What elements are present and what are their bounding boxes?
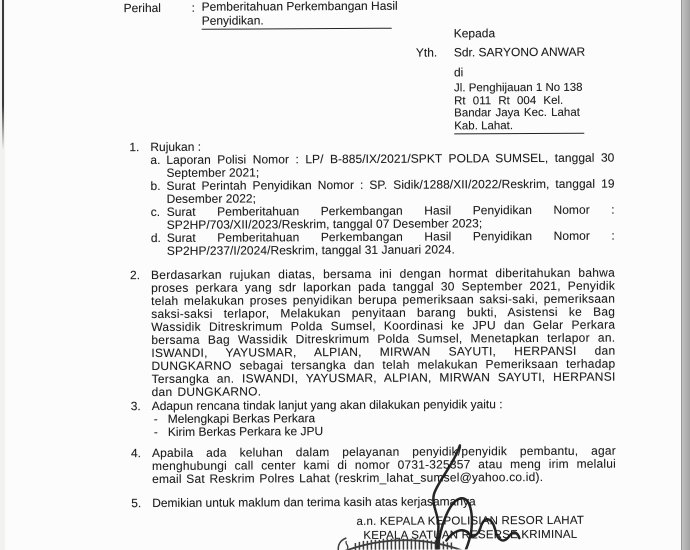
item-4-paragraph: Apabila ada keluhan dalam pelayanan peny… <box>152 445 616 486</box>
item-number: 2. <box>130 269 140 282</box>
perihal-line2: Penyidikan. <box>202 13 392 27</box>
scanned-letter-page: Perihal : Pemberitahuan Perkembangan Has… <box>0 0 690 550</box>
signatory-title-line1: a.n. KEPALA KEPOLISIAN RESOR LAHAT <box>345 515 595 530</box>
signature-block: a.n. KEPALA KEPOLISIAN RESOR LAHAT KEPAL… <box>345 515 595 543</box>
sub-item-letter: b. <box>151 180 161 193</box>
item-number: 1. <box>129 141 139 154</box>
address-line: Bandar Jaya Kec. Lahat <box>454 107 590 120</box>
list-item-2: 2. Berdasarkan rujukan diatas, bersama i… <box>130 267 616 400</box>
address-line: Jl. Penghijauan 1 No 138 <box>454 82 590 95</box>
item-5-paragraph: Demikian untuk maklum dan terima kasih a… <box>152 495 616 510</box>
perihal-value: Pemberitahuan Perkembangan Hasil Penyidi… <box>202 0 392 30</box>
recipient-yth: Yth. <box>416 46 437 60</box>
perihal-label: Perihal <box>124 1 161 15</box>
sub-item-a: a. Laporan Polisi Nomor : LP/ B-885/IX/2… <box>150 152 614 180</box>
scan-left-edge-line <box>2 0 4 150</box>
item-number: 4. <box>131 447 141 460</box>
sub-item-text: Surat Pemberitahuan Perkembangan Hasil P… <box>167 204 615 232</box>
sub-item-text: Surat Pemberitahuan Perkembangan Hasil P… <box>167 230 615 258</box>
dash-item: - Kirim Berkas Perkara ke JPU <box>152 424 616 439</box>
dash-item-text: Kirim Berkas Perkara ke JPU <box>168 424 323 439</box>
perihal-line1: Pemberitahuan Perkembangan Hasil <box>202 0 392 14</box>
recipient-kepada: Kepada <box>454 26 495 40</box>
perihal-colon: : <box>192 1 195 15</box>
item-number: 5. <box>131 497 141 510</box>
sub-item-b: b. Surat Perintah Penyidikan Nomor : SP.… <box>151 178 615 206</box>
dash-marker: - <box>154 426 158 439</box>
recipient-name: Sdr. SARYONO ANWAR <box>454 45 585 60</box>
list-item-3: 3. Adapun rencana tindak lanjut yang aka… <box>131 398 616 440</box>
item-2-paragraph: Berdasarkan rujukan diatas, bersama ini … <box>151 267 616 399</box>
item-number: 3. <box>131 400 141 413</box>
sub-item-letter: a. <box>150 154 160 167</box>
signatory-title-line2: KEPALA SATUAN RESERSE KRIMINAL <box>345 528 595 543</box>
letter-content: Perihal : Pemberitahuan Perkembangan Has… <box>0 0 690 550</box>
sub-item-letter: c. <box>151 206 160 219</box>
address-line: Rt 011 Rt 004 Kel. <box>454 94 590 107</box>
list-item-1: 1. Rujukan : a. Laporan Polisi Nomor : L… <box>129 139 615 259</box>
sub-item-c: c. Surat Pemberitahuan Perkembangan Hasi… <box>151 204 615 232</box>
sub-item-d: d. Surat Pemberitahuan Perkembangan Hasi… <box>151 230 615 258</box>
address-line-underlined: Kab. Lahat. <box>454 120 584 135</box>
list-item-5: 5. Demikian untuk maklum dan terima kasi… <box>131 495 616 511</box>
sub-item-text: Surat Perintah Penyidikan Nomor : SP. Si… <box>166 178 614 206</box>
list-item-4: 4. Apabila ada keluhan dalam pelayanan p… <box>131 445 616 487</box>
recipient-di: di <box>454 65 463 79</box>
scan-right-edge <box>681 0 690 550</box>
recipient-address: Jl. Penghijauan 1 No 138 Rt 011 Rt 004 K… <box>454 82 590 135</box>
sub-item-text: Laporan Polisi Nomor : LP/ B-885/IX/2021… <box>166 152 614 180</box>
sub-item-letter: d. <box>151 232 161 245</box>
